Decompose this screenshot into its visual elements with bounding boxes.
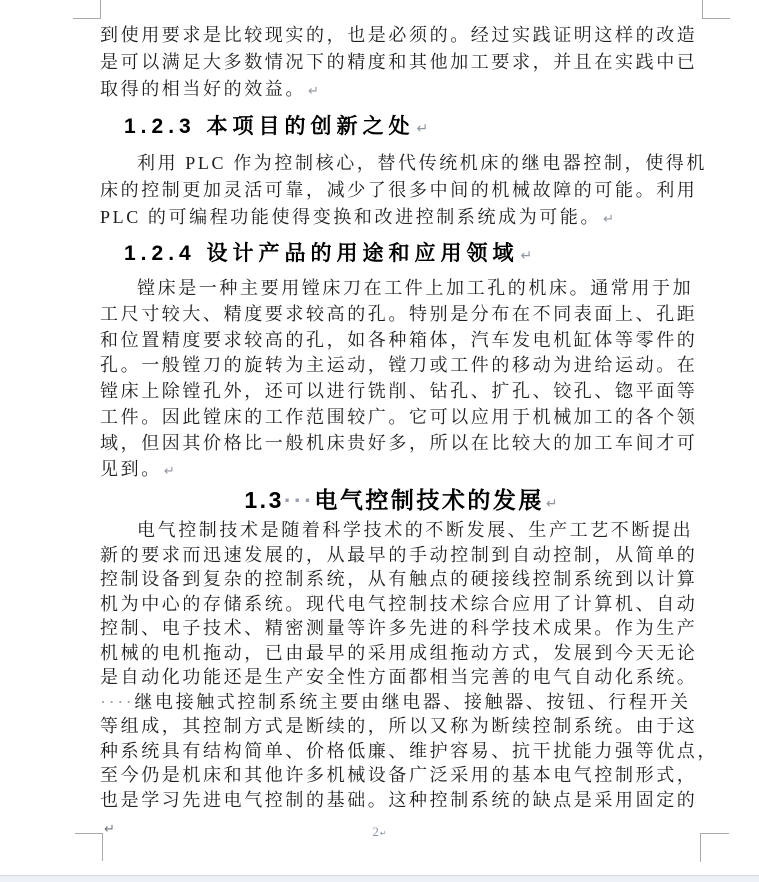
text-line: 种系统具有结构简单、价格低廉、维护容易、抗干扰能力强等优点， — [100, 739, 702, 764]
paragraph-mark-icon: ↵ — [417, 121, 429, 137]
window-bottom-bar — [0, 875, 759, 882]
heading-number: 1.3 — [244, 487, 283, 513]
heading-text: 1.2.3 本项目的创新之处 — [124, 115, 415, 138]
document-page: 到使用要求是比较现实的，也是必须的。经过实践证明这样的改造是可以满足大多数情况下… — [0, 0, 759, 882]
space-marks: ···· — [100, 692, 134, 712]
text-line: 镗床是一种主要用镗床刀在工件上加工孔的机床。通常用于加 — [100, 276, 702, 302]
paragraph-mark-icon: ↵ — [164, 464, 175, 479]
crop-mark-top-right-horizontal — [702, 18, 730, 19]
text-line: 等组成，其控制方式是断续的，所以又称为断续控制系统。由于这 — [100, 714, 702, 739]
paragraph-mark-icon: ↵ — [603, 212, 614, 227]
text-line: 镗床上除镗孔外，还可以进行铣削、钻孔、扩孔、铰孔、锪平面等 — [100, 379, 702, 405]
paragraph-mark-icon: ↵ — [521, 248, 533, 264]
section-heading: 1.2.3 本项目的创新之处↵ — [100, 110, 702, 144]
page-footer: 2↵ — [0, 824, 759, 840]
paragraph-mark-icon: ↵ — [308, 84, 319, 99]
document-body: 到使用要求是比较现实的，也是必须的。经过实践证明这样的改造是可以满足大多数情况下… — [100, 22, 702, 812]
heading-text: 电气控制技术的发展 — [314, 487, 544, 513]
paragraph: 到使用要求是比较现实的，也是必须的。经过实践证明这样的改造是可以满足大多数情况下… — [100, 22, 702, 103]
section-heading: 1.2.4 设计产品的用途和应用领域↵ — [100, 237, 702, 271]
section-heading: 1.3···电气控制技术的发展↵ — [100, 482, 702, 518]
text-line: 取得的相当好的效益。↵ — [100, 76, 702, 103]
page-number: 2 — [372, 824, 379, 839]
paragraph: 电气控制技术是随着科学技术的不断发展、生产工艺不断提出新的要求而迅速发展的，从最… — [100, 518, 702, 812]
heading-text: 1.2.4 设计产品的用途和应用领域 — [124, 242, 519, 265]
text-line: 新的要求而迅速发展的，从最早的手动控制到自动控制，从简单的 — [100, 543, 702, 568]
paragraph: 镗床是一种主要用镗床刀在工件上加工孔的机床。通常用于加工尺寸较大、精度要求较高的… — [100, 276, 702, 482]
crop-mark-top-left-vertical — [100, 0, 101, 18]
text-line: 是自动化功能还是生产安全性方面都相当完善的电气自动化系统。 — [100, 665, 702, 690]
crop-mark-top-right-vertical — [702, 0, 703, 18]
text-line: 和位置精度要求较高的孔，如各种箱体，汽车发电机缸体等零件的 — [100, 328, 702, 354]
text-line: 床的控制更加灵活可靠，减少了很多中间的机械故障的可能。利用 — [100, 177, 702, 204]
text-line: 孔。一般镗刀的旋转为主运动，镗刀或工件的移动为进给运动。在 — [100, 353, 702, 379]
paragraph-mark-icon: ↵ — [546, 496, 558, 512]
text-line: PLC 的可编程功能使得变换和改进控制系统成为可能。↵ — [100, 204, 702, 231]
footer-paragraph-mark-icon: ↵ — [380, 829, 387, 838]
text-line: 机为中心的存储系统。现代电气控制技术综合应用了计算机、自动 — [100, 592, 702, 617]
text-line: 工尺寸较大、精度要求较高的孔。特别是分布在不同表面上、孔距 — [100, 302, 702, 328]
text-line: 控制设备到复杂的控制系统，从有触点的硬接线控制系统到以计算 — [100, 567, 702, 592]
text-line: 控制、电子技术、精密测量等许多先进的科学技术成果。作为生产 — [100, 616, 702, 641]
text-line: 电气控制技术是随着科学技术的不断发展、生产工艺不断提出 — [100, 518, 702, 543]
text-line: 见到。↵ — [100, 457, 702, 483]
text-line: 到使用要求是比较现实的，也是必须的。经过实践证明这样的改造 — [100, 22, 702, 49]
text-line: 至今仍是机床和其他许多机械设备广泛采用的基本电气控制形式， — [100, 763, 702, 788]
paragraph: 利用 PLC 作为控制核心，替代传统机床的继电器控制，使得机床的控制更加灵活可靠… — [100, 150, 702, 231]
text-line: 是可以满足大多数情况下的精度和其他加工要求，并且在实践中已 — [100, 49, 702, 76]
text-line: 工件。因此镗床的工作范围较广。它可以应用于机械加工的各个领 — [100, 405, 702, 431]
text-line: 域，但因其价格比一般机床贵好多，所以在比较大的加工车间才可 — [100, 431, 702, 457]
text-line: 机械的电机拖动，已由最早的采用成组拖动方式，发展到今天无论 — [100, 641, 702, 666]
text-line: 利用 PLC 作为控制核心，替代传统机床的继电器控制，使得机 — [100, 150, 702, 177]
text-line: 也是学习先进电气控制的基础。这种控制系统的缺点是采用固定的 — [100, 788, 702, 813]
text-line: ····继电接触式控制系统主要由继电器、接触器、按钮、行程开关 — [100, 690, 702, 715]
space-marks: ··· — [284, 487, 314, 513]
crop-mark-top-left-horizontal — [73, 18, 101, 19]
